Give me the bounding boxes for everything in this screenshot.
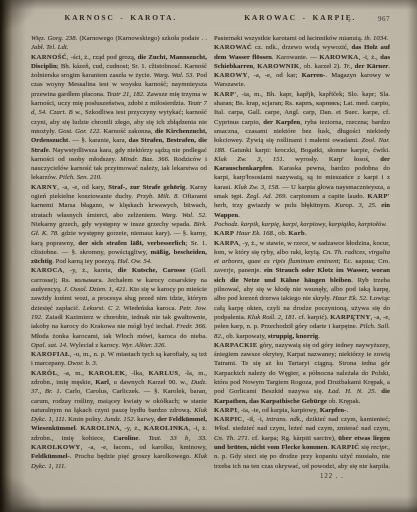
page-edge-top (0, 0, 417, 10)
running-head-right: KAROWAC - KARPIĘ. (211, 13, 391, 27)
page-edge-bottom (0, 496, 417, 512)
dictionary-entry: Pochodz. karpik, karpię, karpi, karpiowy… (214, 220, 390, 229)
dictionary-entry: KARPACKIE góry, nazywaią się od góry ied… (214, 341, 390, 406)
text-column-left: Więz. Gorg. 238. (Karnowego (Karnowskieg… (31, 34, 207, 470)
dictionary-entry: KARP Haur Ek. 168., ob. Karb. (214, 229, 390, 238)
running-head-left: KARNOSC - KAROTA. (31, 13, 211, 27)
dictionary-entry: KAROFIAŁ, -u, m., n. p. W miastach tych … (31, 350, 207, 369)
dictionary-entry: KAROCA, -y, ż., kareta, die Kutsche, Car… (31, 266, 207, 350)
page-number: 967 (378, 15, 390, 23)
dictionary-entry: Pasternaki wszystkie karotami od łacinni… (214, 34, 390, 43)
dictionary-entry: KARPI, -ia, -ie, od karpia, karpiowy, Ka… (214, 406, 390, 415)
dictionary-entry: KARÓL, -a, m., KAROLEK, -lka, KARLUS, -l… (31, 369, 207, 470)
running-head: KARNOSC - KAROTA. KAROWAC - KARPIĘ. 967 (31, 13, 390, 27)
column-container: Więz. Gorg. 238. (Karnowego (Karnowskieg… (31, 34, 390, 470)
page-scan: KARNOSC - KAROTA. KAROWAC - KARPIĘ. 967 … (0, 0, 417, 512)
dictionary-entry: KARNOŚĆ, -ści, ż., rząd pod grozą, die Z… (31, 53, 207, 183)
dictionary-entry: KARPA, -y, ż., w stawie, w rzece, w sadz… (214, 239, 390, 341)
page-edge-right (407, 0, 417, 512)
dictionary-entry: KARNY, -a, -e, od kary, Straf-, zur Stra… (31, 183, 207, 267)
text-block: KARNOSC - KAROTA. KAROWAC - KARPIĘ. 967 … (31, 13, 390, 470)
dictionary-entry: KARPIC, -ił, -i, intrans. ndk., dzikieć … (214, 415, 390, 470)
signature-mark: 122 . . (262, 473, 402, 480)
dictionary-entry: KARP', -ia, m., Bh. kapr, kapřjk, kapřič… (214, 90, 390, 220)
book-gutter-shadow (0, 0, 26, 512)
text-column-right: Pasternaki wszystkie karotami od łacinni… (214, 34, 390, 470)
dictionary-entry: KAROWAĆ cz. ndk., drzewo wodą wywozić, d… (214, 43, 390, 89)
dictionary-entry: Więz. Gorg. 238. (Karnowego (Karnowskieg… (31, 34, 207, 53)
